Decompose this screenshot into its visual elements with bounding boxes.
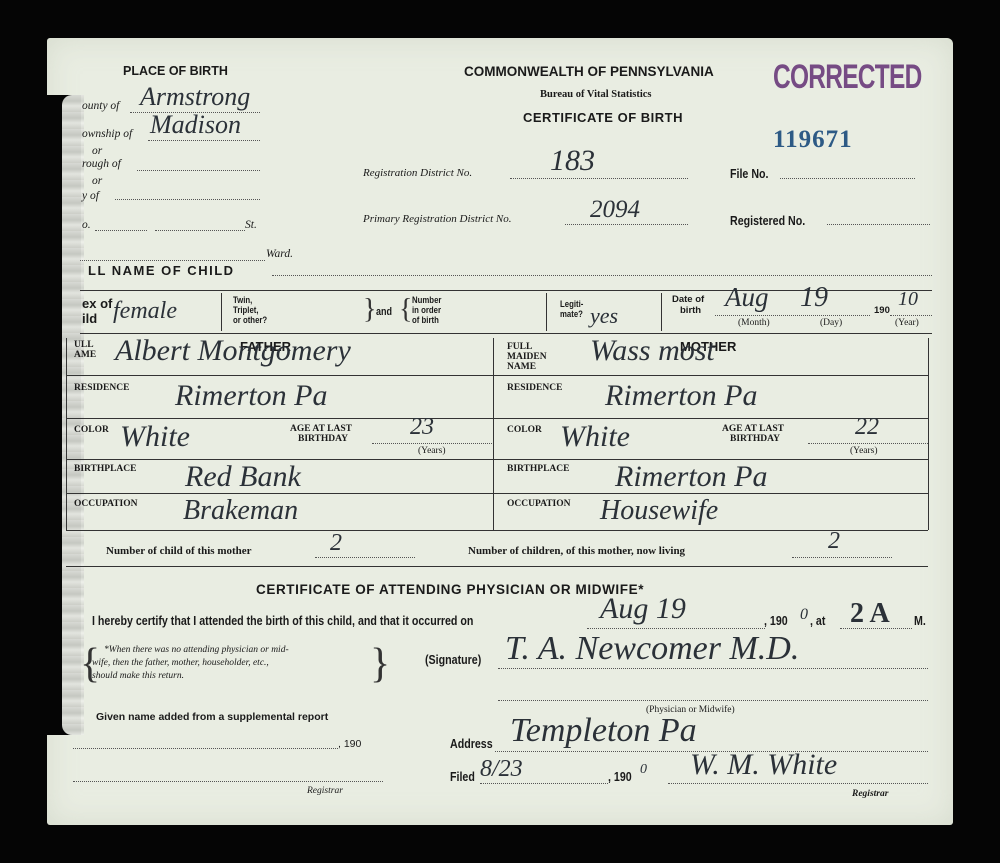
birth-day-value: 19 (800, 282, 828, 314)
physician-heading: CERTIFICATE OF ATTENDING PHYSICIAN OR MI… (256, 582, 644, 597)
supplemental-registrar-label: Registrar (307, 786, 343, 796)
and-label: and (376, 306, 392, 318)
father-birthplace-value: Red Bank (185, 460, 301, 494)
father-age-line (372, 443, 492, 444)
father-name-label: ULLAME (74, 340, 96, 360)
primary-district-label: Primary Registration District No. (363, 213, 512, 225)
father-color-value: White (120, 420, 190, 454)
month-caption: (Month) (738, 318, 770, 328)
divider (661, 293, 662, 331)
corrected-stamp: CORRECTED (773, 58, 922, 97)
signature-line (498, 668, 928, 669)
street-no-line (95, 230, 147, 231)
filed-date-value: 8/23 (480, 756, 523, 783)
or-label-1: or (92, 145, 102, 157)
birth-year-prefix: 190 (874, 305, 890, 316)
street-line (155, 230, 245, 231)
father-color-label: COLOR (74, 425, 109, 435)
mother-birthplace-value: Rimerton Pa (615, 460, 767, 494)
registration-district-line (510, 178, 688, 179)
father-occupation-value: Brakeman (183, 495, 298, 527)
or-label-2: or (92, 175, 102, 187)
mother-birthplace-label: BIRTHPLACE (507, 464, 569, 474)
ward-label: Ward. (266, 248, 293, 260)
divider (66, 338, 67, 530)
certify-text: I hereby certify that I attended the bir… (92, 613, 473, 628)
township-value: Madison (150, 110, 241, 140)
father-age-value: 23 (410, 414, 434, 441)
mother-residence-value: Rimerton Pa (605, 379, 757, 413)
address-value: Templeton Pa (510, 712, 697, 750)
children-living-value: 2 (828, 528, 840, 555)
occurred-date-value: Aug 19 (600, 592, 686, 626)
m-label: M. (914, 613, 926, 628)
filed-year-prefix: , 190 (608, 769, 632, 784)
place-of-birth-heading: PLACE OF BIRTH (123, 64, 228, 78)
father-birthplace-label: BIRTHPLACE (74, 464, 136, 474)
mother-name-value: Wass most (590, 334, 715, 368)
file-no-field (780, 178, 915, 179)
borough-label: rough of (82, 158, 121, 170)
supplemental-label: Given name added from a supplemental rep… (96, 711, 328, 723)
certificate-number: 119671 (773, 126, 853, 154)
birth-year-line (890, 315, 932, 316)
occurred-year-prefix: , 190 (764, 613, 788, 628)
mother-age-value: 22 (855, 414, 879, 441)
registration-district-value: 183 (550, 144, 595, 178)
registrar-label: Registrar (852, 789, 888, 799)
mother-occupation-value: Housewife (600, 495, 718, 527)
address-label: Address (450, 736, 493, 751)
city-label: y of (82, 190, 99, 202)
primary-district-value: 2094 (590, 196, 640, 224)
sex-label-1: ex of (82, 296, 112, 311)
physician-signature: T. A. Newcomer M.D. (505, 630, 799, 668)
mother-years-caption: (Years) (850, 446, 878, 456)
certificate-title: CERTIFICATE OF BIRTH (523, 110, 683, 125)
registrar-signature: W. M. White (690, 748, 837, 782)
day-caption: (Day) (820, 318, 842, 328)
registration-district-label: Registration District No. (363, 167, 472, 179)
divider (66, 493, 493, 494)
legitimate-label: Legiti-mate? (560, 300, 583, 320)
sex-value: female (113, 298, 177, 325)
bureau-heading: Bureau of Vital Statistics (540, 89, 652, 100)
number-in-order-label: Numberin orderof birth (412, 296, 441, 326)
mother-occupation-label: OCCUPATION (507, 499, 571, 509)
mother-age-label: AGE AT LASTBIRTHDAY (722, 424, 784, 444)
father-age-label: AGE AT LASTBIRTHDAY (290, 424, 352, 444)
township-label: ownship of (82, 128, 132, 140)
primary-district-line (565, 224, 688, 225)
brace-left: } (363, 294, 376, 326)
registrar-signature-line (668, 783, 928, 784)
father-residence-label: RESIDENCE (74, 383, 129, 393)
street-label: St. (245, 219, 257, 231)
at-label: , at (810, 613, 825, 628)
divider (66, 375, 493, 376)
number-of-child-value: 2 (330, 530, 342, 557)
divider (493, 375, 928, 376)
filed-date-line (480, 783, 608, 784)
borough-line (137, 170, 260, 171)
father-years-caption: (Years) (418, 446, 446, 456)
children-living-line (792, 557, 892, 558)
divider (66, 530, 928, 531)
registered-no-label: Registered No. (730, 213, 805, 228)
occurred-date-line (587, 628, 765, 629)
birth-year-suffix: 10 (898, 288, 918, 311)
twin-label: Twin,Triplet,or other? (233, 296, 267, 326)
brace-right: { (399, 294, 412, 326)
mother-residence-label: RESIDENCE (507, 383, 562, 393)
full-name-of-child-label: LL NAME OF CHILD (88, 263, 235, 278)
year-caption: (Year) (895, 318, 919, 328)
supplemental-registrar-line (73, 781, 383, 782)
county-label: ounty of (82, 100, 119, 112)
mother-age-line (808, 443, 928, 444)
divider (66, 566, 928, 567)
mother-name-label: FULLMAIDENNAME (507, 342, 547, 372)
divider (928, 338, 929, 530)
divider (493, 338, 494, 530)
number-of-child-label: Number of child of this mother (106, 545, 252, 557)
full-name-of-child-field (272, 275, 932, 276)
legitimate-value: yes (590, 303, 618, 329)
signature-label: (Signature) (425, 652, 481, 667)
physician-line (498, 700, 928, 701)
birth-month-value: Aug (725, 282, 769, 313)
county-value: Armstrong (140, 82, 250, 112)
supplemental-year: , 190 (338, 738, 361, 750)
divider (546, 293, 547, 331)
street-no-label: o. (82, 219, 91, 231)
children-living-label: Number of children, of this mother, now … (468, 545, 685, 557)
time-value: 2 A (850, 598, 890, 630)
file-no-label: File No. (730, 166, 769, 181)
filed-year-suffix: 0 (640, 762, 647, 778)
city-line (115, 199, 260, 200)
divider (221, 293, 222, 331)
father-occupation-label: OCCUPATION (74, 499, 138, 509)
divider (493, 493, 928, 494)
ward-line (80, 260, 265, 261)
registered-no-field (827, 224, 930, 225)
supplemental-name-line (73, 748, 338, 749)
filed-label: Filed (450, 769, 475, 784)
sex-label-2: ild (82, 311, 97, 326)
commonwealth-heading: COMMONWEALTH OF PENNSYLVANIA (464, 64, 714, 79)
father-residence-value: Rimerton Pa (175, 379, 327, 413)
number-of-child-line (315, 557, 415, 558)
date-of-birth-label: Date ofbirth (672, 294, 704, 316)
father-name-value: Albert Montgomery (115, 334, 351, 368)
no-physician-note: *When there was no attending physician o… (92, 644, 289, 683)
brace-right: } (370, 640, 390, 688)
occurred-year-suffix: 0 (800, 606, 808, 624)
mother-color-label: COLOR (507, 425, 542, 435)
township-line (148, 140, 260, 141)
date-of-birth-line (715, 315, 870, 316)
mother-color-value: White (560, 420, 630, 454)
